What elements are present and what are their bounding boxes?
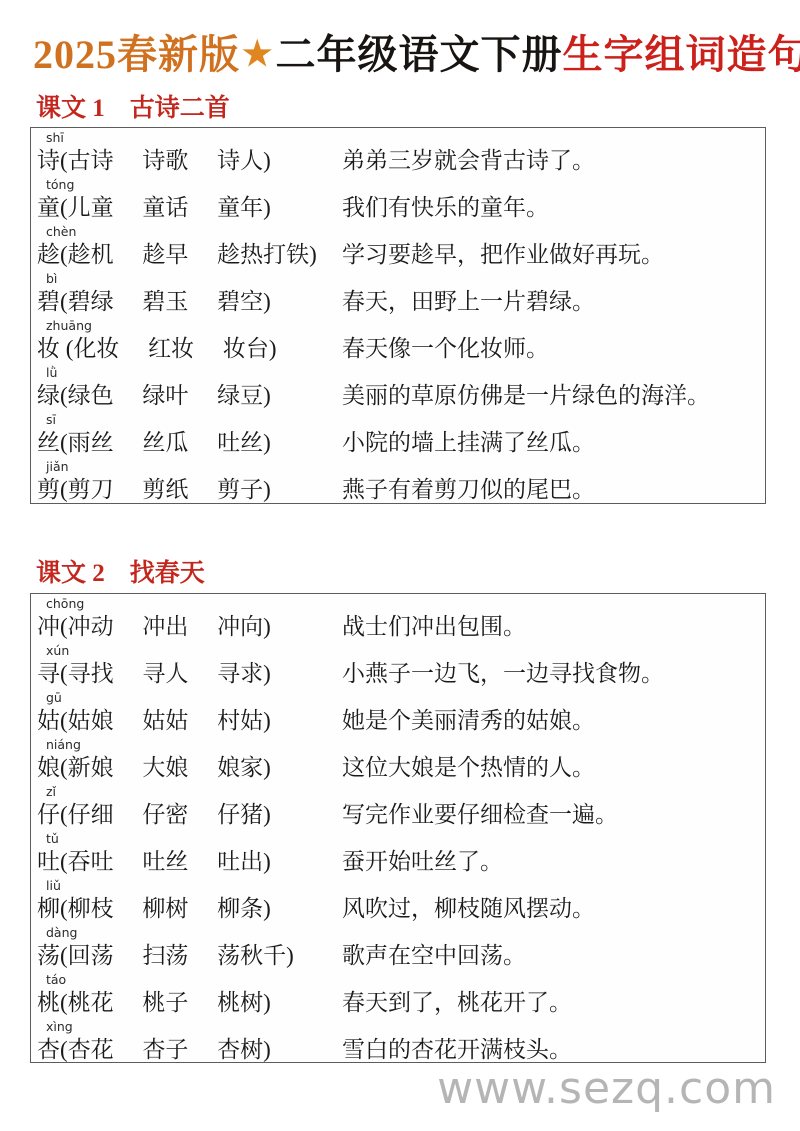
pinyin-label: gū xyxy=(46,690,765,705)
word-group: (仔细 仔密 仔猪) xyxy=(60,802,271,827)
head-character: 冲 xyxy=(37,614,60,639)
example-sentence: 燕子有着剪刀似的尾巴。 xyxy=(342,474,765,505)
pinyin-label: lǜ xyxy=(46,365,765,380)
pinyin-label: xún xyxy=(46,643,765,658)
pinyin-label: bì xyxy=(46,271,765,286)
example-sentence: 她是个美丽清秀的姑娘。 xyxy=(342,705,765,736)
vocab-row: tóng 童(儿童 童话 童年)我们有快乐的童年。 xyxy=(37,177,765,224)
word-group: (回荡 扫荡 荡秋千) xyxy=(60,943,294,968)
head-character: 剪 xyxy=(37,477,60,502)
vocab-row: liǔ 柳(柳枝 柳树 柳条)风吹过，柳枝随风摆动。 xyxy=(37,878,765,925)
word-group: (趁机 趁早 趁热打铁) xyxy=(60,242,317,267)
vocab-row: lǜ 绿(绿色 绿叶 绿豆)美丽的草原仿佛是一片绿色的海洋。 xyxy=(37,365,765,412)
head-character: 丝 xyxy=(37,430,60,455)
head-character: 杏 xyxy=(37,1037,60,1062)
word-group: (新娘 大娘 娘家) xyxy=(60,755,271,780)
pinyin-label: zǐ xyxy=(46,784,765,799)
lesson-2-heading: 课文 2 找春天 xyxy=(36,553,205,589)
page-title: 2025春新版★二年级语文下册生字组词造句 xyxy=(33,30,800,80)
vocab-row: xún 寻(寻找 寻人 寻求)小燕子一边飞，一边寻找食物。 xyxy=(37,643,765,690)
vocab-row: gū 姑(姑娘 姑姑 村姑)她是个美丽清秀的姑娘。 xyxy=(37,690,765,737)
pinyin-label: niáng xyxy=(46,737,765,752)
title-subject: 生字组词造句 xyxy=(562,32,800,77)
pinyin-label: tóng xyxy=(46,177,765,192)
word-group: (绿色 绿叶 绿豆) xyxy=(60,383,271,408)
pinyin-label: tǔ xyxy=(46,831,765,846)
example-sentence: 风吹过，柳枝随风摆动。 xyxy=(342,893,765,924)
lesson-2-card: chōng 冲(冲动 冲出 冲向)战士们冲出包围。 xún 寻(寻找 寻人 寻求… xyxy=(30,593,766,1063)
word-group: (碧绿 碧玉 碧空) xyxy=(60,289,271,314)
vocab-row: dàng 荡(回荡 扫荡 荡秋千)歌声在空中回荡。 xyxy=(37,925,765,972)
example-sentence: 春天到了，桃花开了。 xyxy=(342,987,765,1018)
head-character: 娘 xyxy=(37,755,60,780)
head-character: 趁 xyxy=(37,242,60,267)
head-character: 桃 xyxy=(37,990,60,1015)
head-character: 仔 xyxy=(37,802,60,827)
head-character: 诗 xyxy=(37,148,60,173)
word-group: (雨丝 丝瓜 吐丝) xyxy=(60,430,271,455)
example-sentence: 歌声在空中回荡。 xyxy=(342,940,765,971)
example-sentence: 春天像一个化妆师。 xyxy=(342,333,765,364)
pinyin-label: jiǎn xyxy=(46,459,765,474)
vocab-row: jiǎn 剪(剪刀 剪纸 剪子)燕子有着剪刀似的尾巴。 xyxy=(37,459,765,506)
vocab-row: zhuāng 妆 (化妆 红妆 妆台)春天像一个化妆师。 xyxy=(37,318,765,365)
vocab-row: chōng 冲(冲动 冲出 冲向)战士们冲出包围。 xyxy=(37,596,765,643)
head-character: 姑 xyxy=(37,708,60,733)
worksheet-page: 2025春新版★二年级语文下册生字组词造句 课文 1 古诗二首 shī 诗(古诗… xyxy=(0,0,800,1131)
vocab-row: sī 丝(雨丝 丝瓜 吐丝)小院的墙上挂满了丝瓜。 xyxy=(37,412,765,459)
watermark: www.sezq.com xyxy=(437,1063,776,1114)
word-group: (杏花 杏子 杏树) xyxy=(60,1037,271,1062)
head-character: 妆 xyxy=(37,336,60,361)
pinyin-label: sī xyxy=(46,412,765,427)
pinyin-label: chōng xyxy=(46,596,765,611)
pinyin-label: xìng xyxy=(46,1019,765,1034)
head-character: 寻 xyxy=(37,661,60,686)
vocab-row: tǔ 吐(吞吐 吐丝 吐出)蚕开始吐丝了。 xyxy=(37,831,765,878)
word-group: (柳枝 柳树 柳条) xyxy=(60,896,271,921)
head-character: 柳 xyxy=(37,896,60,921)
word-group: (桃花 桃子 桃树) xyxy=(60,990,271,1015)
example-sentence: 美丽的草原仿佛是一片绿色的海洋。 xyxy=(342,380,765,411)
vocab-row: táo 桃(桃花 桃子 桃树)春天到了，桃花开了。 xyxy=(37,972,765,1019)
example-sentence: 战士们冲出包围。 xyxy=(342,611,765,642)
pinyin-label: táo xyxy=(46,972,765,987)
vocab-row: chèn 趁(趁机 趁早 趁热打铁)学习要趁早，把作业做好再玩。 xyxy=(37,224,765,271)
lesson-1-heading: 课文 1 古诗二首 xyxy=(36,88,230,124)
vocab-row: bì 碧(碧绿 碧玉 碧空)春天，田野上一片碧绿。 xyxy=(37,271,765,318)
example-sentence: 我们有快乐的童年。 xyxy=(342,192,765,223)
example-sentence: 春天，田野上一片碧绿。 xyxy=(342,286,765,317)
example-sentence: 写完作业要仔细检查一遍。 xyxy=(342,799,765,830)
word-group: (剪刀 剪纸 剪子) xyxy=(60,477,271,502)
lesson-1-card: shī 诗(古诗 诗歌 诗人)弟弟三岁就会背古诗了。 tóng 童(儿童 童话 … xyxy=(30,127,766,504)
word-group: (冲动 冲出 冲向) xyxy=(60,614,271,639)
pinyin-label: zhuāng xyxy=(46,318,765,333)
example-sentence: 小院的墙上挂满了丝瓜。 xyxy=(342,427,765,458)
title-grade: 二年级语文下册 xyxy=(275,32,562,77)
head-character: 吐 xyxy=(37,849,60,874)
pinyin-label: chèn xyxy=(46,224,765,239)
vocab-row: zǐ 仔(仔细 仔密 仔猪)写完作业要仔细检查一遍。 xyxy=(37,784,765,831)
vocab-row: xìng 杏(杏花 杏子 杏树)雪白的杏花开满枝头。 xyxy=(37,1019,765,1066)
head-character: 绿 xyxy=(37,383,60,408)
head-character: 碧 xyxy=(37,289,60,314)
star-icon: ★ xyxy=(240,36,275,73)
example-sentence: 弟弟三岁就会背古诗了。 xyxy=(342,145,765,176)
word-group: (儿童 童话 童年) xyxy=(60,195,271,220)
word-group: (吞吐 吐丝 吐出) xyxy=(60,849,271,874)
example-sentence: 学习要趁早，把作业做好再玩。 xyxy=(342,239,765,270)
example-sentence: 蚕开始吐丝了。 xyxy=(342,846,765,877)
example-sentence: 小燕子一边飞，一边寻找食物。 xyxy=(342,658,765,689)
word-group: (姑娘 姑姑 村姑) xyxy=(60,708,271,733)
word-group: (化妆 红妆 妆台) xyxy=(60,336,277,361)
head-character: 荡 xyxy=(37,943,60,968)
vocab-row: niáng 娘(新娘 大娘 娘家)这位大娘是个热情的人。 xyxy=(37,737,765,784)
head-character: 童 xyxy=(37,195,60,220)
example-sentence: 这位大娘是个热情的人。 xyxy=(342,752,765,783)
word-group: (寻找 寻人 寻求) xyxy=(60,661,271,686)
pinyin-label: liǔ xyxy=(46,878,765,893)
title-edition: 2025春新版 xyxy=(33,32,240,77)
pinyin-label: dàng xyxy=(46,925,765,940)
example-sentence: 雪白的杏花开满枝头。 xyxy=(342,1034,765,1065)
word-group: (古诗 诗歌 诗人) xyxy=(60,148,271,173)
pinyin-label: shī xyxy=(46,130,765,145)
vocab-row: shī 诗(古诗 诗歌 诗人)弟弟三岁就会背古诗了。 xyxy=(37,130,765,177)
